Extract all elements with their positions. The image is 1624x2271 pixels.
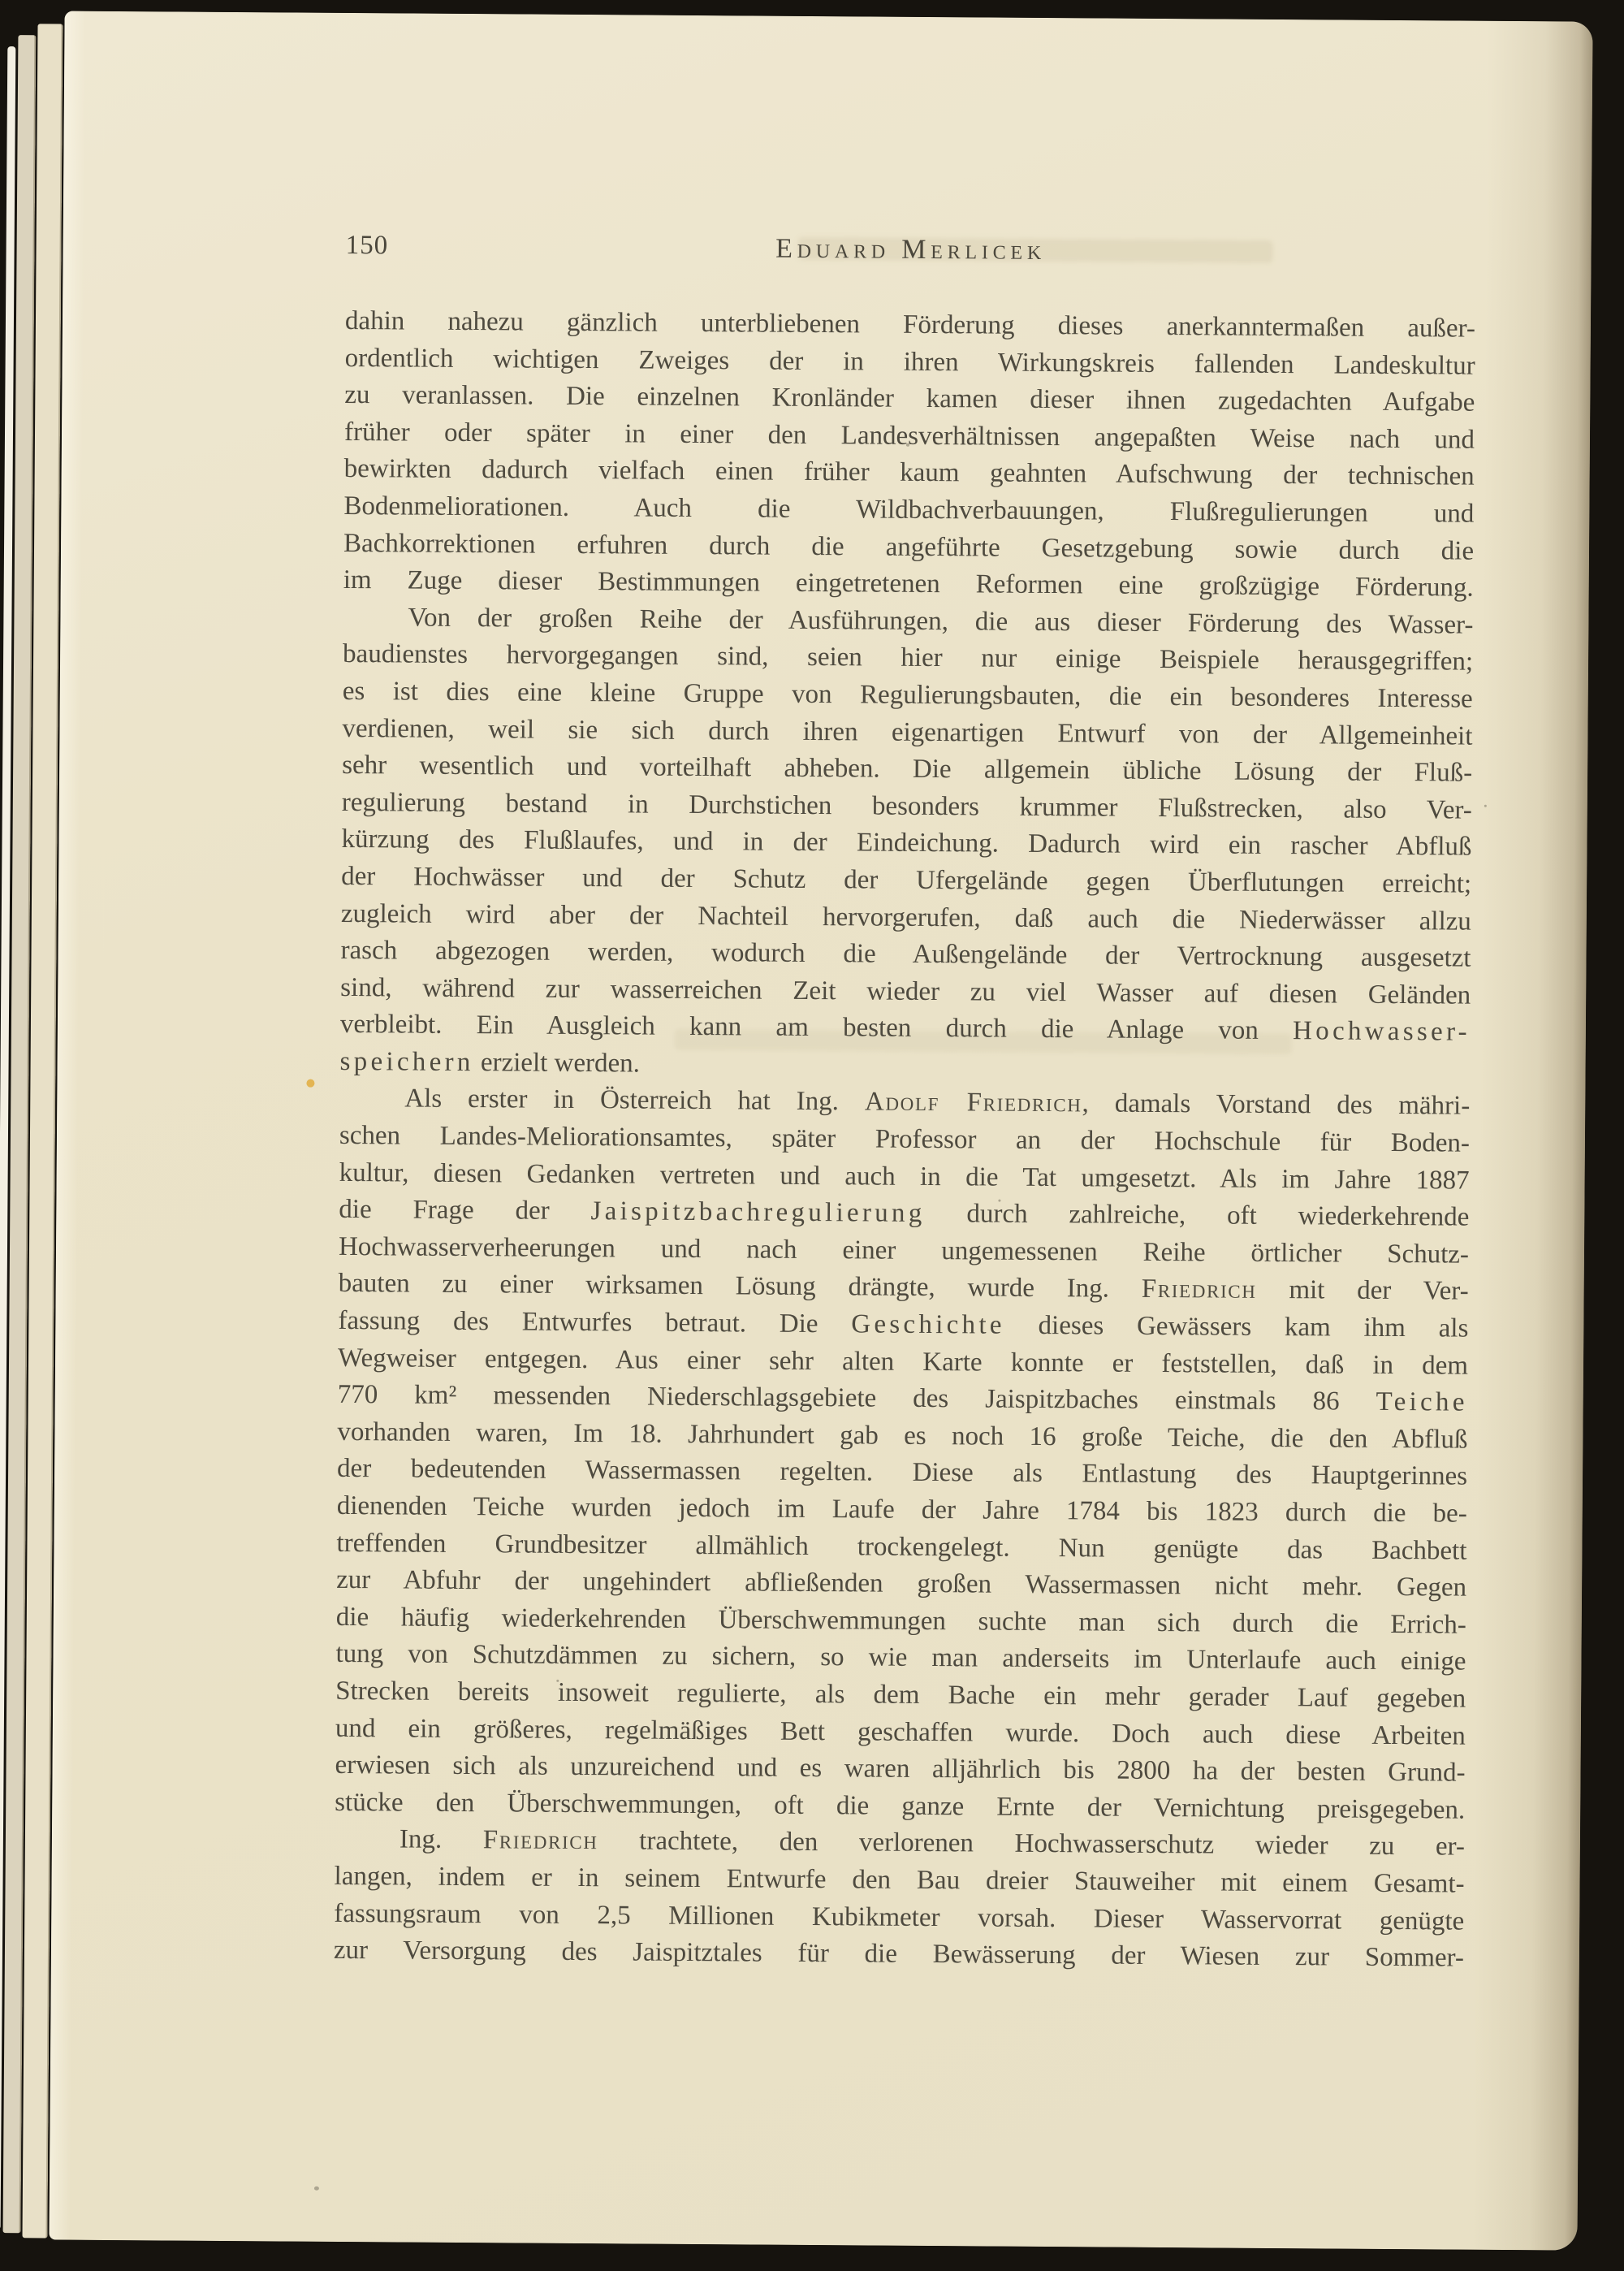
book: 150 Eduard Merlicek dahin nahezu gänzlic… [0, 0, 1624, 2271]
book-page: 150 Eduard Merlicek dahin nahezu gänzlic… [49, 11, 1592, 2251]
paper-speck [1484, 805, 1487, 807]
letterspaced-word: speichern [339, 1047, 473, 1077]
letterspaced-word: Teiche [1376, 1387, 1467, 1417]
text-line: zur Versorgung des Jaispitztales für die… [334, 1932, 1464, 1977]
small-caps-name: Friedrich [1142, 1274, 1257, 1304]
paper-speck [314, 2187, 319, 2191]
paper-speck [998, 1200, 1000, 1202]
letterspaced-word: Jaispitzbachregulierung [590, 1196, 925, 1228]
letterspaced-word: Hochwasser- [1293, 1016, 1471, 1047]
small-caps-name: Friedrich [483, 1826, 598, 1856]
scanned-book-photo: 150 Eduard Merlicek dahin nahezu gänzlic… [0, 0, 1624, 2271]
running-head: 150 Eduard Merlicek [345, 231, 1475, 276]
small-caps-name: Adolf Friedrich [865, 1088, 1082, 1118]
paper-blemish-dot [306, 1079, 314, 1088]
text-block: dahin nahezu gänzlich unterbliebenen För… [334, 303, 1475, 1977]
paper-speck [906, 443, 909, 447]
letterspaced-word: Geschichte [851, 1309, 1005, 1339]
gutter-shadow [1471, 21, 1592, 2251]
paper-speck [556, 1680, 559, 1682]
running-head-title: Eduard Merlicek [345, 231, 1475, 270]
